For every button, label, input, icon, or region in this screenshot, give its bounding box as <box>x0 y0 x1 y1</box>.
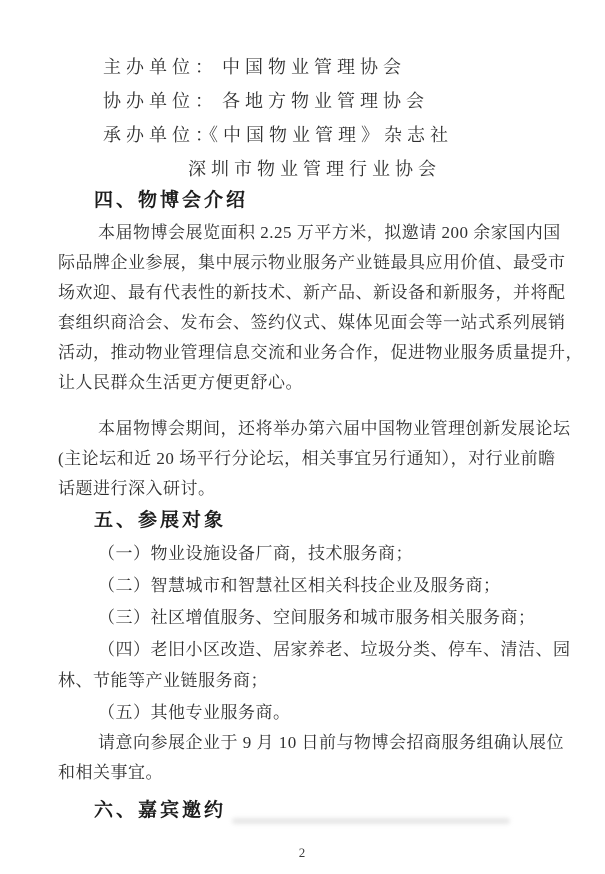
paragraph-line: 话题进行深入研讨。 <box>0 474 605 504</box>
list-item-line: （三）社区增值服务、空间服务和城市服务相关服务商； <box>0 602 605 633</box>
organizer-value: 《中国物业管理》杂志社 <box>200 118 453 152</box>
organizer-line-cohost: 协办单位： 各地方物业管理协会 <box>0 84 605 118</box>
paragraph-line: 让人民群众生活更方便更舒心。 <box>0 368 605 398</box>
paragraph-line: (主论坛和近 20 场平行分论坛，相关事宜另行通知），对行业前瞻 <box>0 444 605 474</box>
organizer-block: 主办单位： 中国物业管理协会 协办单位： 各地方物业管理协会 承办单位： 《中国… <box>0 50 605 186</box>
exhibitor-list: （一）物业设施设备厂商，技术服务商； （二）智慧城市和智慧社区相关科技企业及服务… <box>0 538 605 728</box>
organizer-label: 主办单位： <box>103 50 218 84</box>
paragraph-line: 活动，推动物业管理信息交流和业务合作，促进物业服务质量提升， <box>0 338 605 368</box>
section-heading-exhibitor-targets: 五、参展对象 <box>0 506 605 536</box>
paragraph-expo-description: 本届物博会展览面积 2.25 万平方米，拟邀请 200 余家国内国 际品牌企业参… <box>0 218 605 398</box>
paragraph-forum: 本届物博会期间，还将举办第六届中国物业管理创新发展论坛 (主论坛和近 20 场平… <box>0 414 605 504</box>
organizer-value: 中国物业管理协会 <box>222 50 406 84</box>
section-heading-guest-invitation: 六、嘉宾邀约 <box>0 796 605 826</box>
paragraph-line: 本届物博会期间，还将举办第六届中国物业管理创新发展论坛 <box>0 414 605 444</box>
list-item-line: （二）智慧城市和智慧社区相关科技企业及服务商； <box>0 570 605 601</box>
paragraph-booth-confirmation: 请意向参展企业于 9 月 10 日前与物博会招商服务组确认展位 和相关事宜。 <box>0 728 605 788</box>
list-item-line: 林、节能等产业链服务商； <box>0 665 605 696</box>
paragraph-line: 际品牌企业参展，集中展示物业服务产业链最具应用价值、最受市 <box>0 248 605 278</box>
paragraph-line: 请意向参展企业于 9 月 10 日前与物博会招商服务组确认展位 <box>0 728 605 758</box>
section-heading-expo-intro: 四、物博会介绍 <box>0 186 605 216</box>
organizer-line-undertaker-2: 深圳市物业管理行业协会 <box>0 152 605 186</box>
list-item-line: （四）老旧小区改造、居家养老、垃圾分类、停车、清洁、园 <box>0 634 605 665</box>
list-item: （四）老旧小区改造、居家养老、垃圾分类、停车、清洁、园 林、节能等产业链服务商； <box>0 634 605 696</box>
list-item-line: （一）物业设施设备厂商，技术服务商； <box>0 538 605 569</box>
paragraph-line: 本届物博会展览面积 2.25 万平方米，拟邀请 200 余家国内国 <box>0 218 605 248</box>
document-page: 主办单位： 中国物业管理协会 协办单位： 各地方物业管理协会 承办单位： 《中国… <box>0 0 605 874</box>
paragraph-line: 场欢迎、最有代表性的新技术、新产品、新设备和新服务，并将配 <box>0 278 605 308</box>
organizer-line-host: 主办单位： 中国物业管理协会 <box>0 50 605 84</box>
list-item: （三）社区增值服务、空间服务和城市服务相关服务商； <box>0 602 605 633</box>
paragraph-line: 和相关事宜。 <box>0 758 605 788</box>
organizer-label: 协办单位： <box>103 84 218 118</box>
paragraph-line: 套组织商洽会、发布会、签约仪式、媒体见面会等一站式系列展销 <box>0 308 605 338</box>
organizer-value: 深圳市物业管理行业协会 <box>188 152 441 186</box>
page-number: 2 <box>0 845 605 861</box>
list-item: （五）其他专业服务商。 <box>0 697 605 728</box>
list-item: （一）物业设施设备厂商，技术服务商； <box>0 538 605 569</box>
list-item: （二）智慧城市和智慧社区相关科技企业及服务商； <box>0 570 605 601</box>
list-item-line: （五）其他专业服务商。 <box>0 697 605 728</box>
organizer-line-undertaker: 承办单位： 《中国物业管理》杂志社 <box>0 118 605 152</box>
organizer-value: 各地方物业管理协会 <box>222 84 429 118</box>
